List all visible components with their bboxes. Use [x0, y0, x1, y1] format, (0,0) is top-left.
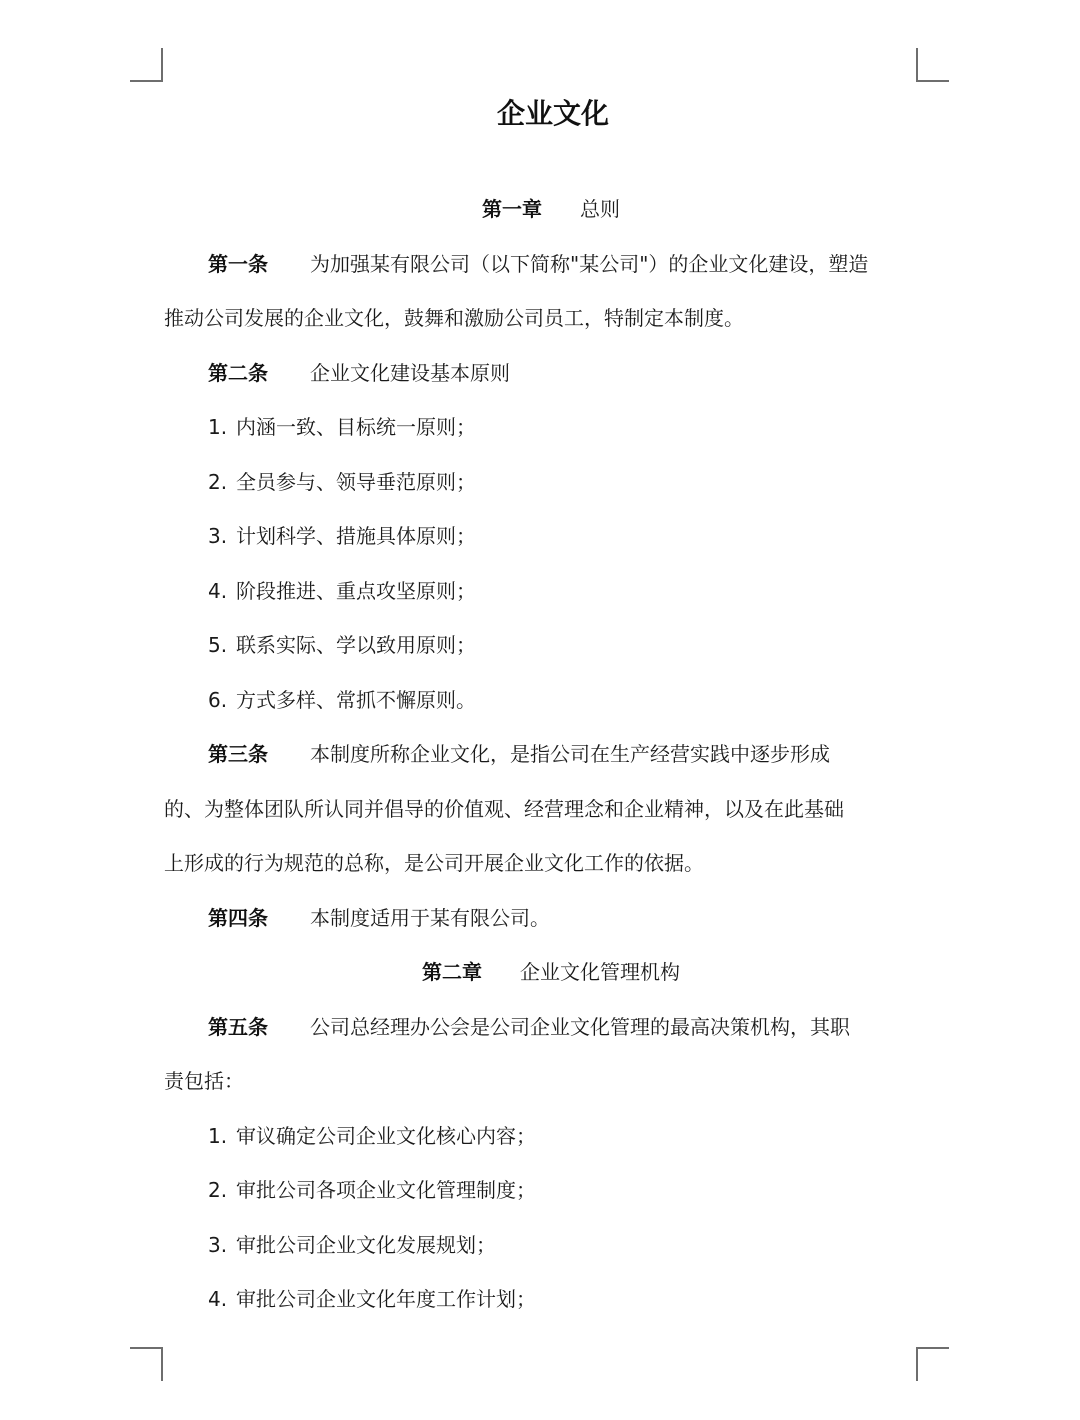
list-number: 3.	[208, 509, 236, 564]
article-label: 第五条	[208, 1000, 310, 1055]
list-text: 审批公司企业文化年度工作计划；	[236, 1287, 536, 1311]
list-number: 2.	[208, 455, 236, 510]
article-4-line-1: 第四条本制度适用于某有限公司。	[164, 891, 924, 946]
list-item: 2.全员参与、领导垂范原则；	[164, 455, 924, 510]
crop-mark-bottom-right	[916, 1347, 949, 1381]
article-label: 第三条	[208, 727, 310, 782]
document-body: 第一章总则 第一条为加强某有限公司（以下简称"某公司"）的企业文化建设，塑造 推…	[164, 182, 924, 1327]
list-item: 2.审批公司各项企业文化管理制度；	[164, 1163, 924, 1218]
list-text: 审批公司各项企业文化管理制度；	[236, 1178, 536, 1202]
list-text: 全员参与、领导垂范原则；	[236, 470, 476, 494]
document-title: 企业文化	[0, 96, 1080, 132]
article-label: 第一条	[208, 237, 310, 292]
article-2-line-1: 第二条企业文化建设基本原则	[164, 346, 924, 401]
list-number: 2.	[208, 1163, 236, 1218]
article-5-line-2: 责包括：	[164, 1054, 924, 1109]
chapter-title: 企业文化管理机构	[520, 960, 680, 984]
list-item: 3.审批公司企业文化发展规划；	[164, 1218, 924, 1273]
list-text: 内涵一致、目标统一原则；	[236, 415, 476, 439]
article-label: 第二条	[208, 346, 310, 401]
article-3-line-2: 的、为整体团队所认同并倡导的价值观、经营理念和企业精神，以及在此基础	[164, 782, 924, 837]
list-number: 1.	[208, 400, 236, 455]
list-item: 1.内涵一致、目标统一原则；	[164, 400, 924, 455]
list-text: 联系实际、学以致用原则；	[236, 633, 476, 657]
article-text: 本制度所称企业文化，是指公司在生产经营实践中逐步形成	[310, 742, 830, 766]
article-5-line-1: 第五条公司总经理办公会是公司企业文化管理的最高决策机构，其职	[164, 1000, 924, 1055]
chapter-heading-2: 第二章企业文化管理机构	[164, 945, 924, 1000]
chapter-heading-1: 第一章总则	[164, 182, 924, 237]
list-text: 审议确定公司企业文化核心内容；	[236, 1124, 536, 1148]
list-number: 5.	[208, 618, 236, 673]
article-text: 企业文化建设基本原则	[310, 361, 510, 385]
chapter-number: 第一章	[482, 197, 542, 221]
list-item: 6.方式多样、常抓不懈原则。	[164, 673, 924, 728]
article-1-line-1: 第一条为加强某有限公司（以下简称"某公司"）的企业文化建设，塑造	[164, 237, 924, 292]
list-text: 方式多样、常抓不懈原则。	[236, 688, 476, 712]
crop-mark-top-right	[916, 48, 949, 82]
list-number: 1.	[208, 1109, 236, 1164]
article-text: 本制度适用于某有限公司。	[310, 906, 550, 930]
article-3-line-3: 上形成的行为规范的总称，是公司开展企业文化工作的依据。	[164, 836, 924, 891]
list-text: 审批公司企业文化发展规划；	[236, 1233, 496, 1257]
chapter-title: 总则	[580, 197, 620, 221]
list-item: 3.计划科学、措施具体原则；	[164, 509, 924, 564]
list-number: 4.	[208, 564, 236, 619]
article-label: 第四条	[208, 891, 310, 946]
list-item: 4.审批公司企业文化年度工作计划；	[164, 1272, 924, 1327]
article-3-line-1: 第三条本制度所称企业文化，是指公司在生产经营实践中逐步形成	[164, 727, 924, 782]
article-text: 公司总经理办公会是公司企业文化管理的最高决策机构，其职	[310, 1015, 850, 1039]
list-text: 阶段推进、重点攻坚原则；	[236, 579, 476, 603]
list-text: 计划科学、措施具体原则；	[236, 524, 476, 548]
crop-mark-bottom-left	[130, 1347, 163, 1381]
crop-mark-top-left	[130, 48, 163, 82]
list-item: 1.审议确定公司企业文化核心内容；	[164, 1109, 924, 1164]
article-text: 为加强某有限公司（以下简称"某公司"）的企业文化建设，塑造	[310, 252, 868, 276]
list-number: 4.	[208, 1272, 236, 1327]
list-number: 3.	[208, 1218, 236, 1273]
list-item: 4.阶段推进、重点攻坚原则；	[164, 564, 924, 619]
chapter-number: 第二章	[422, 960, 482, 984]
list-item: 5.联系实际、学以致用原则；	[164, 618, 924, 673]
list-number: 6.	[208, 673, 236, 728]
article-1-line-2: 推动公司发展的企业文化，鼓舞和激励公司员工，特制定本制度。	[164, 291, 924, 346]
